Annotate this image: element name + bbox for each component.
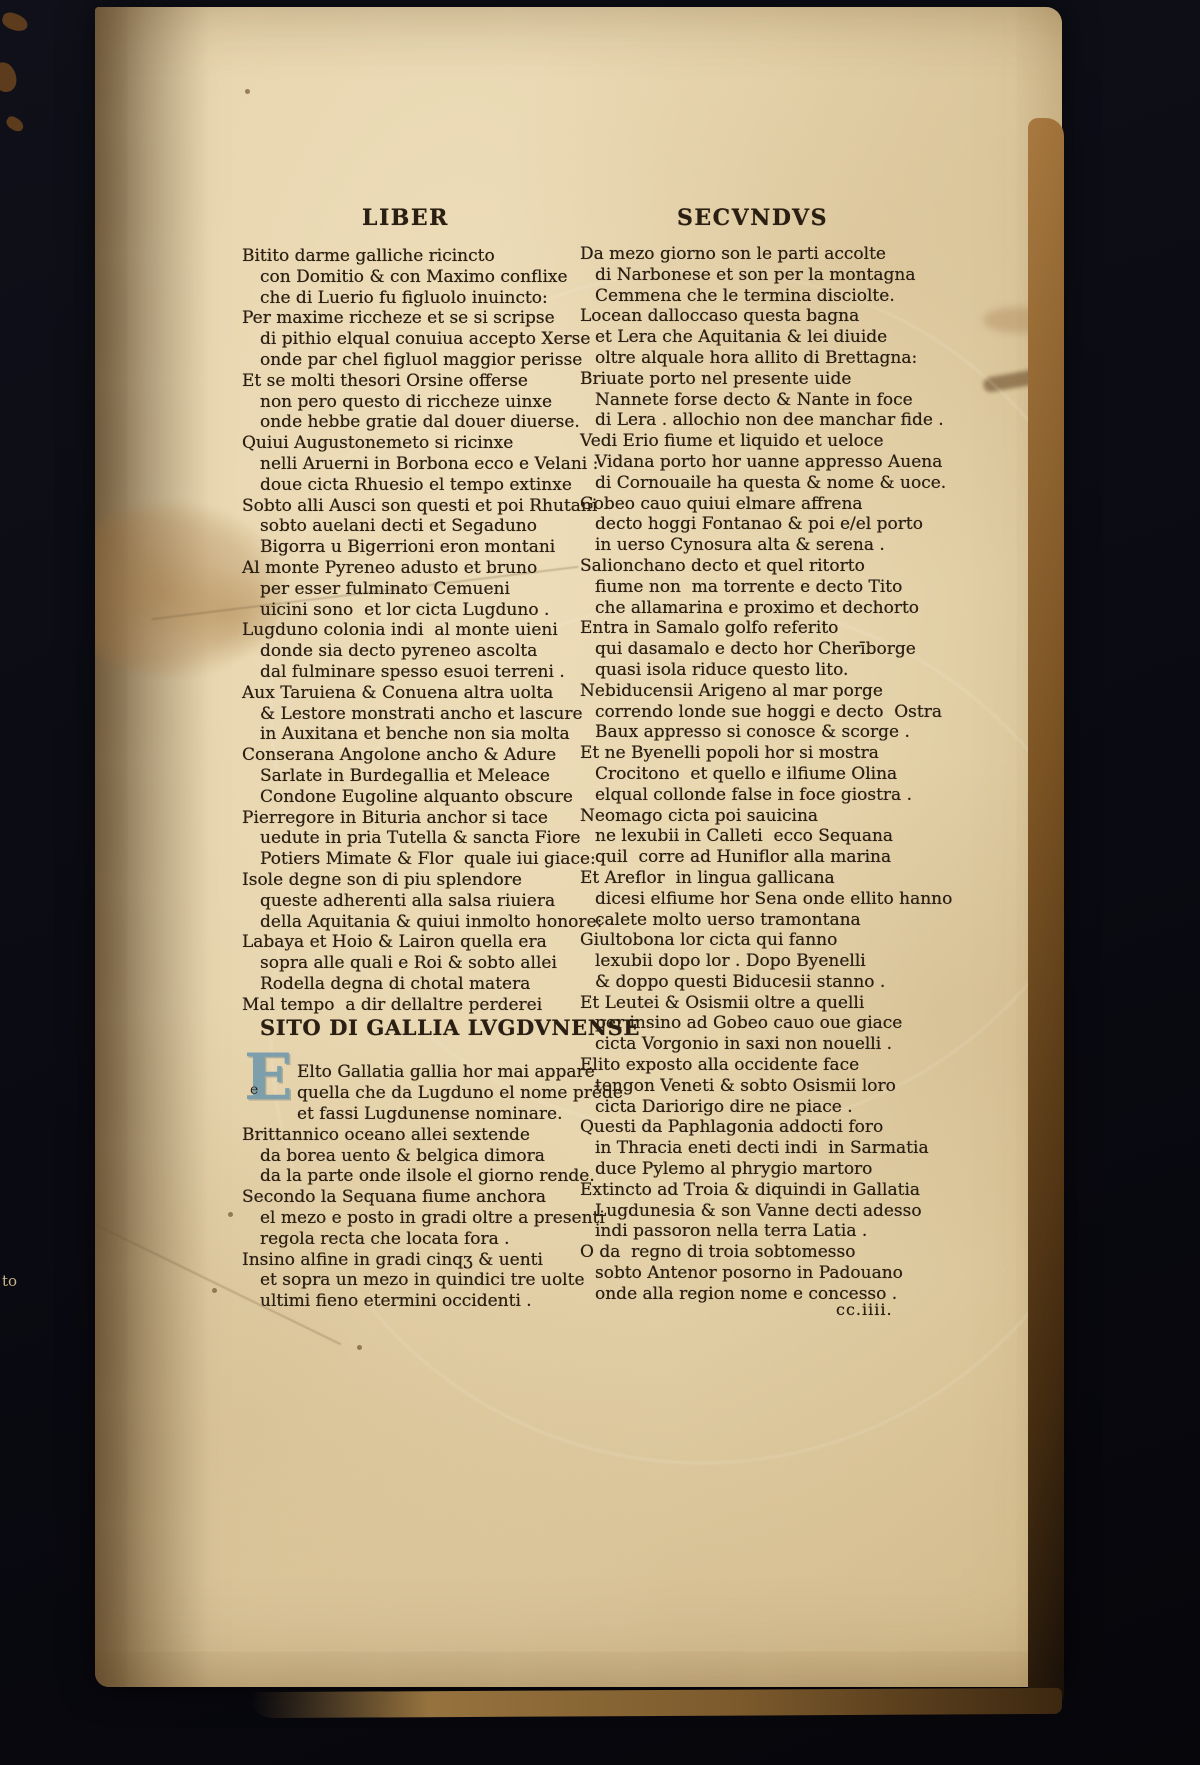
verse-line: Extincto ad Troia & diquindi in Gallatia [580, 1180, 952, 1201]
verse-line: Salionchano decto et quel ritorto [580, 556, 952, 577]
folio-number: cc.iiii. [836, 1300, 893, 1319]
verse-line: di Lera . allochio non dee manchar fide … [580, 410, 952, 431]
verse-line: ne lexubii in Calleti ecco Sequana [580, 826, 952, 847]
verse-line: Crocitono et quello e ilfiume Olina [580, 764, 952, 785]
text-column-right: Da mezo giorno son le parti accoltedi Na… [580, 244, 952, 1305]
verse-line: Neomago cicta poi sauicina [580, 806, 952, 827]
book-fore-edge [1028, 118, 1064, 1708]
torn-paper-bit [4, 114, 26, 133]
verse-line: fiume non ma torrente e decto Tito [580, 577, 952, 598]
verse-line: Da mezo giorno son le parti accolte [580, 244, 952, 265]
verse-line: Et Leutei & Osismii oltre a quelli [580, 993, 952, 1014]
verse-line: elqual collonde false in foce giostra . [580, 785, 952, 806]
verse-line: per insino ad Gobeo cauo oue giace [580, 1013, 952, 1034]
verse-line: Et Areflor in lingua gallicana [580, 868, 952, 889]
running-header-left: LIBER [362, 205, 449, 231]
drop-cap-initial: E [244, 1046, 293, 1110]
verse-line: Briuate porto nel presente uide [580, 369, 952, 390]
verse-line: quasi isola riduce questo lito. [580, 660, 952, 681]
running-header-right: SECVNDVS [677, 205, 828, 231]
verse-line: Nannete forse decto & Nante in foce [580, 390, 952, 411]
verse-line: oltre alquale hora allito di Brettagna: [580, 348, 952, 369]
verse-line: Elito exposto alla occidente face [580, 1055, 952, 1076]
verse-line: Lugdunesia & son Vanne decti adesso [580, 1201, 952, 1222]
verse-line: Vedi Erio fiume et liquido et ueloce [580, 431, 952, 452]
verse-line: Baux appresso si conosce & scorge . [580, 722, 952, 743]
verse-line: duce Pylemo al phrygio martoro [580, 1159, 952, 1180]
verse-line: di Narbonese et son per la montagna [580, 265, 952, 286]
verse-line: lexubii dopo lor . Dopo Byenelli [580, 951, 952, 972]
torn-paper-bit [0, 10, 30, 33]
torn-paper-bit [0, 60, 19, 94]
verse-line: dicesi elfiume hor Sena onde ellito hann… [580, 889, 952, 910]
verse-line: & doppo questi Biducesii stanno . [580, 972, 952, 993]
verse-line: calete molto uerso tramontana [580, 910, 952, 931]
verse-line: O da regno di troia sobtomesso [580, 1242, 952, 1263]
verse-line: sobto Antenor posorno in Padouano [580, 1263, 952, 1284]
verse-line: in uerso Cynosura alta & serena . [580, 535, 952, 556]
verse-line: indi passoron nella terra Latia . [580, 1221, 952, 1242]
verse-line: Locean dalloccaso questa bagna [580, 306, 952, 327]
verse-line: che allamarina e proximo et dechorto [580, 598, 952, 619]
verse-line: cicta Dariorigo dire ne piace . [580, 1097, 952, 1118]
drop-cap-guide-letter: e [250, 1082, 258, 1098]
verse-line: Vidana porto hor uanne appresso Auena [580, 452, 952, 473]
verse-line: tengon Veneti & sobto Osismii loro [580, 1076, 952, 1097]
verse-line: cicta Vorgonio in saxi non nouelli . [580, 1034, 952, 1055]
verse-line: Et ne Byenelli popoli hor si mostra [580, 743, 952, 764]
book-bottom-edge [250, 1688, 1062, 1718]
verse-line: et Lera che Aquitania & lei diuide [580, 327, 952, 348]
verse-line: correndo londe sue hoggi e decto Ostra [580, 702, 952, 723]
verse-line: di Cornouaile ha questa & nome & uoce. [580, 473, 952, 494]
verse-line: Questi da Paphlagonia addocti foro [580, 1117, 952, 1138]
verse-line: Entra in Samalo golfo referito [580, 618, 952, 639]
verse-line: quil corre ad Huniflor alla marina [580, 847, 952, 868]
edge-text-fragment: to [2, 1272, 17, 1290]
verse-line: Giultobona lor cicta qui fanno [580, 930, 952, 951]
verse-line: qui dasamalo e decto hor Cherīborge [580, 639, 952, 660]
verse-line: in Thracia eneti decti indi in Sarmatia [580, 1138, 952, 1159]
verse-line: onde alla region nome e concesso . [580, 1284, 952, 1305]
verse-line: decto hoggi Fontanao & poi e/el porto [580, 514, 952, 535]
verse-line: Nebiducensii Arigeno al mar porge [580, 681, 952, 702]
book-scan: to LIBER SECVNDVS Bitito darme galliche … [0, 0, 1200, 1765]
verse-line: Gobeo cauo quiui elmare affrena [580, 494, 952, 515]
verse-line: Cemmena che le termina disciolte. [580, 286, 952, 307]
